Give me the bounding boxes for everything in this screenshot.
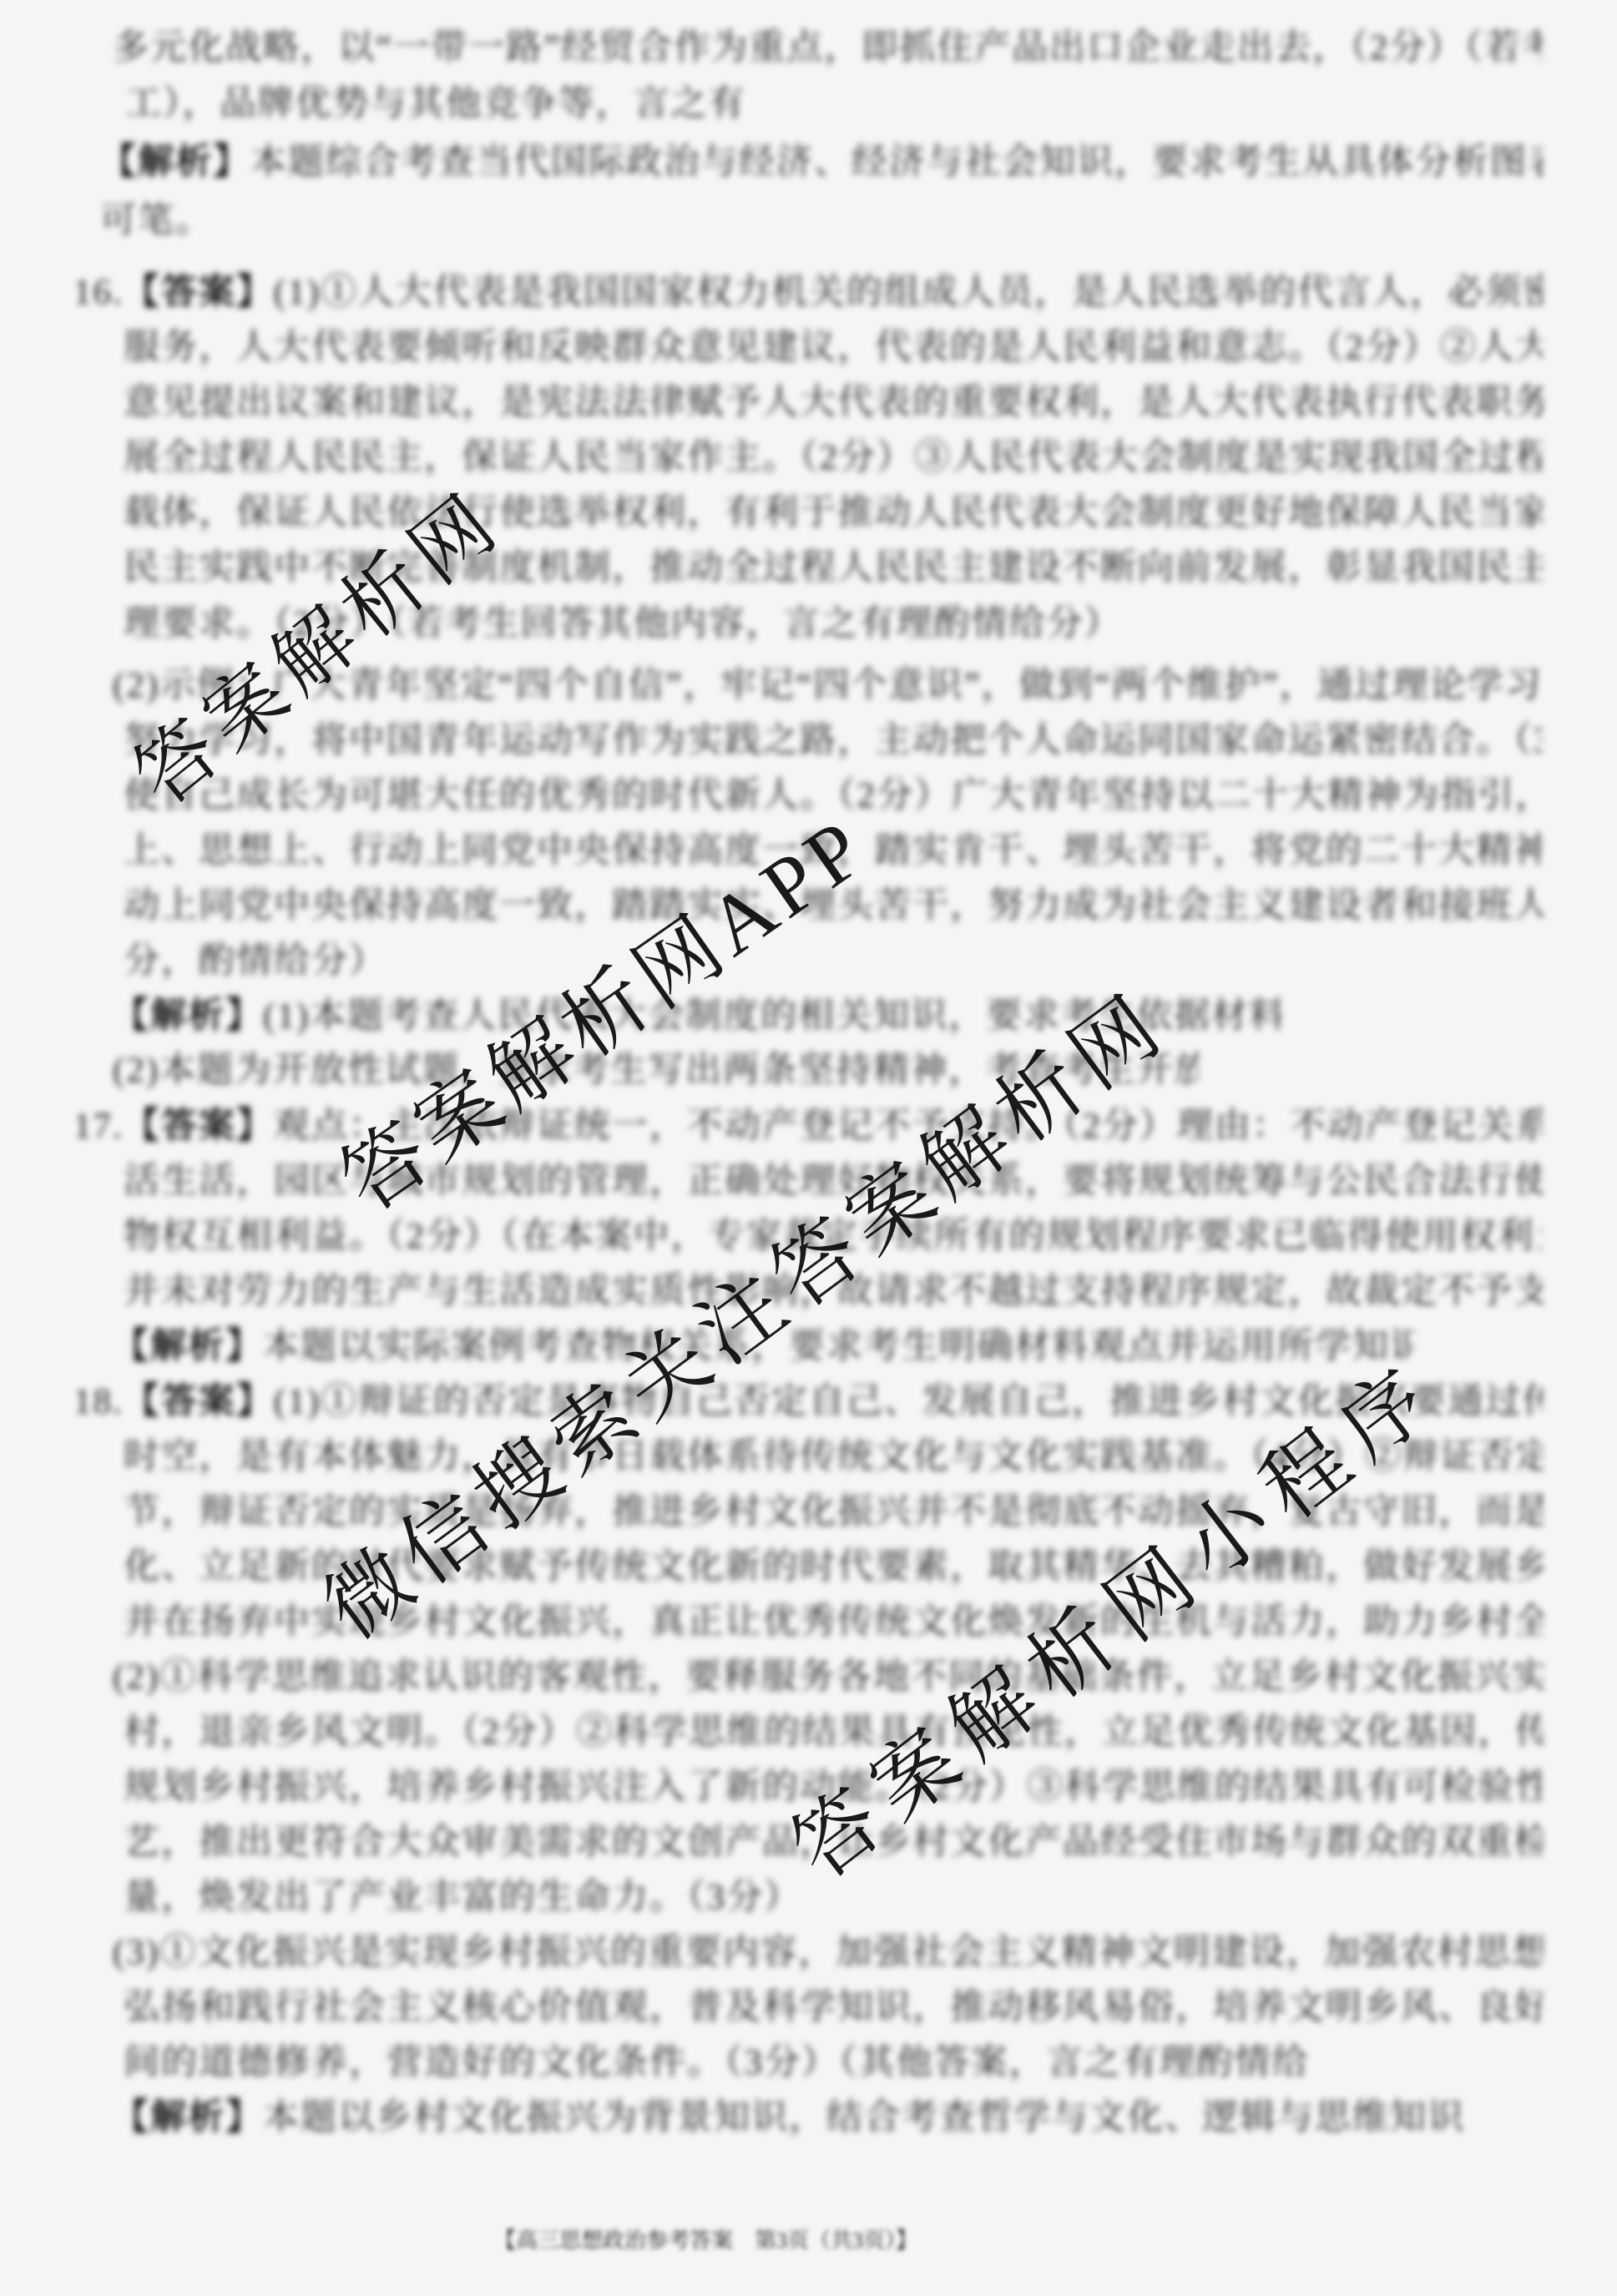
watermark-text: 答案解析网小程序: [763, 1327, 1462, 1902]
watermark-text: 答案解析网: [106, 461, 521, 827]
document-page: 多元化战略，以“一带一路”经贸合作为重点，即抓住产品出口企业走出去，（2分）（若…: [0, 0, 1617, 2296]
watermark-layer: 答案解析网答案解析网APP微信搜索关注答案解析网答案解析网小程序: [0, 0, 1617, 2296]
watermark-text: 答案解析网APP: [312, 782, 887, 1234]
